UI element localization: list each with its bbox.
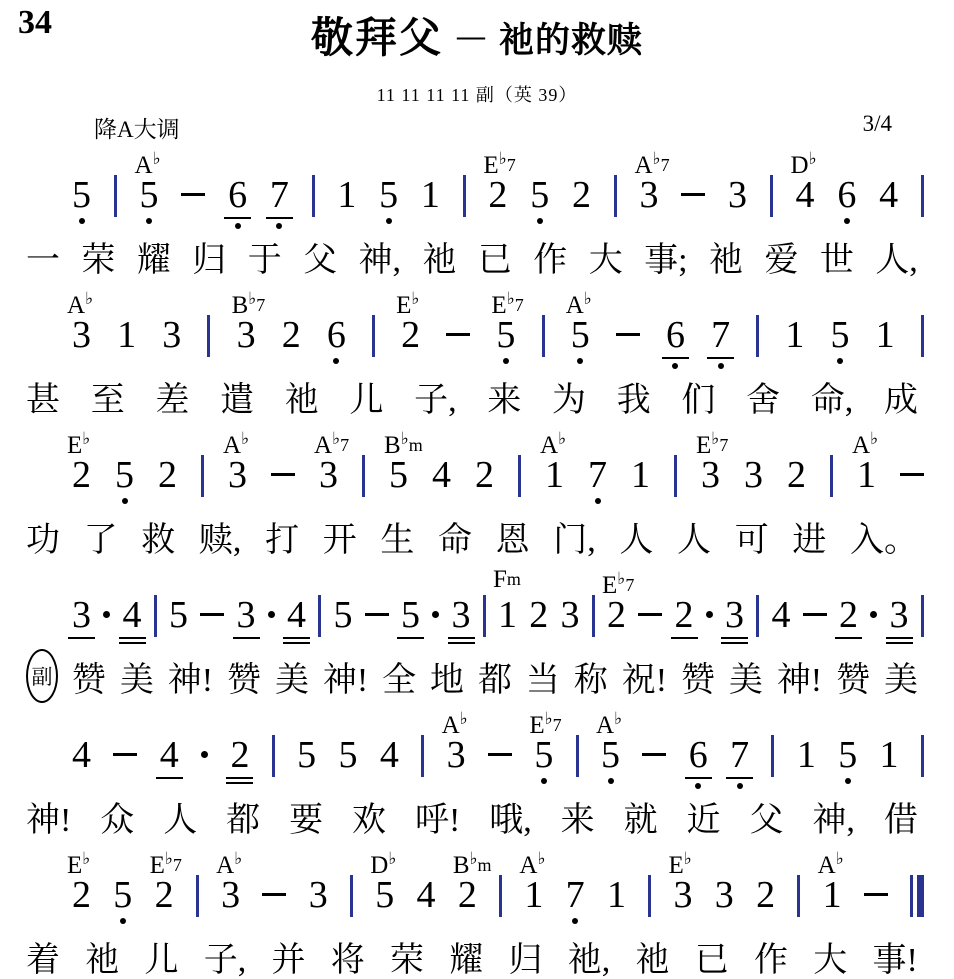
note: 1 <box>631 456 650 510</box>
underline <box>266 217 293 220</box>
note-annotations <box>787 494 806 510</box>
note-digit: 1 <box>785 316 804 354</box>
lyric-line-2: 甚至差遣祂儿子,来为我们舍命,成 <box>0 370 954 424</box>
note: 3 <box>561 596 580 650</box>
lyric-syllable: 归 <box>192 232 226 281</box>
chord-symbol: A♭ <box>596 706 622 739</box>
note-annotations <box>237 634 256 650</box>
low-octave-dot <box>608 778 614 784</box>
note: 1 <box>880 736 899 790</box>
note-annotations <box>221 914 240 930</box>
duration-dash <box>488 753 512 756</box>
barline <box>499 875 502 917</box>
title-dash: — <box>457 21 485 52</box>
lyric-syllable: 赞 <box>681 652 715 701</box>
flat-sign: ♭ <box>684 849 692 868</box>
chord-symbol: A♭ <box>135 146 161 179</box>
note-digit: 1 <box>607 876 626 914</box>
note: 2 <box>230 736 249 790</box>
duration-dash <box>900 473 924 476</box>
duration-dash <box>262 893 286 896</box>
note-annotations <box>838 774 857 790</box>
note: 2 <box>529 596 548 650</box>
note: A♭3 <box>221 876 240 930</box>
note: 1 <box>876 316 895 370</box>
hymn-number: 34 <box>18 4 52 42</box>
lyric-syllable: 命, <box>811 372 854 421</box>
note-digit: 4 <box>123 596 142 634</box>
chord-suffix: 7 <box>661 155 670 175</box>
note-digit: 7 <box>730 736 749 774</box>
chord-suffix: m <box>507 569 521 589</box>
lyric-syllable: 人 <box>619 512 653 561</box>
note-annotations <box>689 774 708 790</box>
note-annotations <box>880 774 899 790</box>
note-digit: 3 <box>319 456 338 494</box>
lyric-syllable: 赞 <box>227 652 261 701</box>
note: 2 <box>787 456 806 510</box>
note-digit: 2 <box>401 316 420 354</box>
note: E♭2 <box>72 456 91 510</box>
lyric-syllable: 门, <box>553 512 596 561</box>
lyric-syllable: 要 <box>289 792 323 841</box>
barline <box>830 455 833 497</box>
chord-symbol: A♭ <box>540 426 566 459</box>
lyric-syllable: 成 <box>884 372 918 421</box>
note: 3 <box>725 596 744 650</box>
low-octave-dot <box>844 218 850 224</box>
underline <box>671 637 698 640</box>
note-digit: 3 <box>744 456 763 494</box>
note-annotations <box>534 774 553 790</box>
music-line-4: 34534553Fm123E♭7223423 <box>0 564 954 650</box>
lyric-syllable: 来 <box>487 372 521 421</box>
note-digit: 7 <box>588 456 607 494</box>
note-annotations <box>158 494 177 510</box>
note: E♭72 <box>155 876 174 930</box>
duration-dash <box>616 333 640 336</box>
low-octave-dot <box>595 498 601 504</box>
note-digit: 2 <box>230 736 249 774</box>
lyric-syllable: 救 <box>141 512 175 561</box>
note-annotations <box>162 354 181 370</box>
key-signature: 降A大调 <box>94 111 180 144</box>
chord-symbol: E♭ <box>396 286 419 319</box>
note: 7 <box>566 876 585 930</box>
note: 7 <box>730 736 749 790</box>
barline <box>542 315 545 357</box>
low-octave-dot <box>120 918 126 924</box>
note-digit: 4 <box>772 596 791 634</box>
note-annotations <box>498 634 517 650</box>
duration-dash <box>113 753 137 756</box>
note-digit: 5 <box>72 176 91 214</box>
chord-suffix: m <box>478 855 492 875</box>
music-line-3: E♭252A♭3A♭73B♭m542A♭171E♭7332A♭1 <box>0 424 954 510</box>
note-annotations <box>458 914 477 930</box>
note-digit: 2 <box>787 456 806 494</box>
lyric-syllable: 哦, <box>489 792 532 841</box>
note-digit: 2 <box>72 876 91 914</box>
lyric-syllable: 于 <box>248 232 282 281</box>
note: 3 <box>309 876 328 930</box>
barline <box>770 175 773 217</box>
note: 4 <box>879 176 898 230</box>
note-digit: 2 <box>529 596 548 634</box>
barline <box>201 455 204 497</box>
note-digit: 2 <box>72 456 91 494</box>
barline <box>614 175 617 217</box>
note: 3 <box>452 596 471 650</box>
lyric-syllable: 子, <box>414 372 457 421</box>
note-annotations <box>639 214 658 230</box>
note: Fm1 <box>498 596 517 650</box>
lyric-syllable: 全 <box>382 652 416 701</box>
note-digit: 1 <box>880 736 899 774</box>
chord-suffix: 7 <box>340 435 349 455</box>
augmentation-dot <box>706 611 713 618</box>
duration-dash <box>642 753 666 756</box>
note-annotations <box>475 494 494 510</box>
barline <box>921 735 924 777</box>
note: D♭5 <box>375 876 394 930</box>
flat-sign: ♭ <box>401 429 409 448</box>
note-annotations <box>496 354 515 370</box>
lyric-syllable: 入。 <box>850 512 918 561</box>
note: 4 <box>72 736 91 790</box>
time-signature: 3/4 <box>863 111 892 144</box>
note-digit: 3 <box>890 596 909 634</box>
note-digit: 2 <box>158 456 177 494</box>
flat-sign: ♭ <box>82 849 90 868</box>
note-annotations <box>744 494 763 510</box>
low-octave-dot <box>672 363 678 369</box>
lyric-syllable: 可 <box>735 512 769 561</box>
note-digit: 1 <box>421 176 440 214</box>
note-digit: 5 <box>375 876 394 914</box>
lyric-syllable: 神! <box>168 652 213 701</box>
low-octave-dot <box>845 778 851 784</box>
note-digit: 5 <box>297 736 316 774</box>
lyric-syllable: 儿 <box>349 372 383 421</box>
note-digit: 3 <box>309 876 328 914</box>
note-annotations <box>831 354 850 370</box>
note-digit: 5 <box>838 736 857 774</box>
note: 5 <box>334 596 353 650</box>
barline <box>518 455 521 497</box>
title-subtitle: 祂的救赎 <box>499 21 643 60</box>
low-octave-dot <box>572 918 578 924</box>
note: 1 <box>421 176 440 230</box>
flat-sign: ♭ <box>332 429 340 448</box>
note: 5 <box>113 876 132 930</box>
note-digit: 1 <box>631 456 650 494</box>
lyric-syllable: 称 <box>574 652 608 701</box>
note: E♭75 <box>534 736 553 790</box>
note: A♭1 <box>823 876 842 930</box>
score: 5A♭567151E♭7252A♭733D♭464 一荣耀归于父神,祂已作大事;… <box>0 144 954 979</box>
note-digit: 4 <box>432 456 451 494</box>
low-octave-dot <box>503 358 509 364</box>
note: 3 <box>72 596 91 650</box>
note: 1 <box>607 876 626 930</box>
note-digit: 5 <box>339 736 358 774</box>
chord-symbol: A♭ <box>852 426 878 459</box>
flat-sign: ♭ <box>82 429 90 448</box>
key-time-row: 降A大调 3/4 <box>0 107 954 144</box>
note: 2 <box>475 456 494 510</box>
low-octave-dot <box>146 218 152 224</box>
note: 3 <box>162 316 181 370</box>
barline <box>362 455 365 497</box>
lyric-syllable: 归 <box>509 932 543 979</box>
chord-suffix: 7 <box>553 715 562 735</box>
note-annotations <box>772 634 791 650</box>
duration-dash <box>365 613 389 616</box>
note: 5 <box>339 736 358 790</box>
note-digit: 5 <box>831 316 850 354</box>
lyric-syllable: 祝! <box>622 652 667 701</box>
note-annotations <box>730 774 749 790</box>
lyric-syllable: 人 <box>677 512 711 561</box>
note: A♭3 <box>228 456 247 510</box>
flat-sign: ♭ <box>584 289 592 308</box>
lyric-line-4: 副赞美神!赞美神!全地都当称祝!赞美神!赞美 <box>0 650 954 704</box>
note: A♭1 <box>857 456 876 510</box>
lyric-line-6: 着祂儿子,并将荣耀归祂,祂已作大事! <box>0 930 954 979</box>
chord-symbol: E♭7 <box>602 566 634 599</box>
note-annotations <box>72 494 91 510</box>
note-digit: 3 <box>72 596 91 634</box>
chorus-marker: 副 <box>26 649 58 703</box>
note: 2 <box>756 876 775 930</box>
note-digit: 5 <box>571 316 590 354</box>
lyric-syllable: 子, <box>204 932 247 979</box>
lyric-syllable: 甚 <box>26 372 60 421</box>
chord-symbol: A♭ <box>818 846 844 879</box>
note: 5 <box>379 176 398 230</box>
note-digit: 1 <box>823 876 842 914</box>
note-annotations <box>327 354 346 370</box>
underline <box>707 357 734 360</box>
note-digit: 2 <box>607 596 626 634</box>
barline <box>576 735 579 777</box>
note: 6 <box>666 316 685 370</box>
underline <box>283 642 310 645</box>
lyric-syllable: 祂 <box>285 372 319 421</box>
lyric-syllable: 遣 <box>220 372 254 421</box>
note-digit: 7 <box>270 176 289 214</box>
lyric-syllable: 地 <box>430 652 464 701</box>
barline <box>797 875 800 917</box>
lyric-syllable: 大 <box>589 232 623 281</box>
note: 3 <box>890 596 909 650</box>
lyric-syllable: 了 <box>84 512 118 561</box>
note-digit: 6 <box>327 316 346 354</box>
note: 1 <box>797 736 816 790</box>
lyric-syllable: 神! <box>323 652 368 701</box>
note-annotations <box>282 354 301 370</box>
note-digit: 2 <box>675 596 694 634</box>
note-digit: 7 <box>711 316 730 354</box>
underline <box>226 777 253 780</box>
lyric-syllable: 并 <box>272 932 306 979</box>
chord-symbol: E♭ <box>67 426 90 459</box>
lyric-syllable: 祂 <box>709 232 743 281</box>
low-octave-dot <box>386 218 392 224</box>
barline <box>592 595 595 637</box>
note: 3 <box>728 176 747 230</box>
note-digit: 2 <box>282 316 301 354</box>
flat-sign: ♭ <box>499 149 507 168</box>
note-digit: 5 <box>115 456 134 494</box>
underline <box>283 637 310 640</box>
chord-symbol: B♭m <box>453 846 492 879</box>
chord-symbol: A♭ <box>216 846 242 879</box>
underline <box>226 782 253 785</box>
note: A♭73 <box>639 176 658 230</box>
lyric-syllable: 赞 <box>836 652 870 701</box>
barline <box>756 595 759 637</box>
lyric-syllable: 人 <box>163 792 197 841</box>
note: 4 <box>380 736 399 790</box>
note-annotations <box>796 214 815 230</box>
note-annotations <box>797 774 816 790</box>
underline <box>662 357 689 360</box>
chord-symbol: E♭ <box>67 846 90 879</box>
note-annotations <box>607 634 626 650</box>
lyric-syllable: 我 <box>617 372 651 421</box>
note-digit: 4 <box>879 176 898 214</box>
lyric-syllable: 美 <box>275 652 309 701</box>
underline <box>156 777 183 780</box>
note-annotations <box>711 354 730 370</box>
note-annotations <box>675 634 694 650</box>
lyric-syllable: 神! <box>777 652 822 701</box>
note-digit: 3 <box>561 596 580 634</box>
note-annotations <box>572 214 591 230</box>
barline <box>114 175 117 217</box>
underline <box>685 777 712 780</box>
lyric-syllable: 祂 <box>422 232 456 281</box>
note: 7 <box>588 456 607 510</box>
hymn-title: 敬拜父 — 祂的救赎 <box>0 0 954 73</box>
note-annotations <box>674 914 693 930</box>
note: 7 <box>711 316 730 370</box>
note-digit: 3 <box>72 316 91 354</box>
chord-suffix: 7 <box>515 295 524 315</box>
note-annotations <box>339 774 358 790</box>
note: 2 <box>158 456 177 510</box>
chord-symbol: E♭7 <box>696 426 728 459</box>
note: 2 <box>839 596 858 650</box>
note-digit: 5 <box>334 596 353 634</box>
note-digit: 5 <box>169 596 188 634</box>
note-digit: 3 <box>228 456 247 494</box>
note-annotations <box>160 774 179 790</box>
note-annotations <box>725 634 744 650</box>
note: 5 <box>169 596 188 650</box>
duration-dash <box>446 333 470 336</box>
note-annotations <box>715 914 734 930</box>
note-annotations <box>334 634 353 650</box>
note-annotations <box>117 354 136 370</box>
note-annotations <box>837 214 856 230</box>
note: E♭72 <box>607 596 626 650</box>
underline <box>726 777 753 780</box>
note: B♭m5 <box>389 456 408 510</box>
note-annotations <box>115 494 134 510</box>
note-digit: 3 <box>221 876 240 914</box>
lyric-syllable: 祂, <box>568 932 611 979</box>
barline <box>196 875 199 917</box>
lyric-syllable: 儿 <box>145 932 179 979</box>
note-annotations <box>876 354 895 370</box>
barline <box>921 175 924 217</box>
underline <box>886 637 913 640</box>
note-digit: 1 <box>545 456 564 494</box>
barline <box>421 735 424 777</box>
lyric-syllable: 生 <box>380 512 414 561</box>
meter-line: 11 11 11 11 副（英 39） <box>0 81 954 107</box>
lyric-syllable: 借 <box>884 792 918 841</box>
lyric-syllable: 当 <box>526 652 560 701</box>
note: 3 <box>237 596 256 650</box>
note-digit: 3 <box>447 736 466 774</box>
note: A♭1 <box>524 876 543 930</box>
note-annotations <box>155 914 174 930</box>
note-digit: 6 <box>228 176 247 214</box>
note: 4 <box>417 876 436 930</box>
chord-symbol: E♭7 <box>483 146 515 179</box>
lyric-syllable: 作 <box>533 232 567 281</box>
lyric-syllable: 欢 <box>352 792 386 841</box>
lyric-syllable: 祂 <box>636 932 670 979</box>
note-annotations <box>607 914 626 930</box>
note-digit: 2 <box>488 176 507 214</box>
duration-dash <box>200 613 224 616</box>
barline <box>272 735 275 777</box>
chord-symbol: A♭ <box>67 286 93 319</box>
note-digit: 5 <box>530 176 549 214</box>
note-annotations <box>319 494 338 510</box>
duration-dash <box>638 613 662 616</box>
note: A♭3 <box>447 736 466 790</box>
chord-suffix: 7 <box>719 435 728 455</box>
note: 3 <box>744 456 763 510</box>
note-annotations <box>452 634 471 650</box>
music-line-5: 442554A♭3E♭75A♭567151 <box>0 704 954 790</box>
note: 6 <box>689 736 708 790</box>
underline <box>224 217 251 220</box>
note: A♭3 <box>72 316 91 370</box>
note-digit: 2 <box>458 876 477 914</box>
flat-sign: ♭ <box>537 849 545 868</box>
low-octave-dot <box>122 498 128 504</box>
low-octave-dot <box>695 783 701 789</box>
note-digit: 3 <box>701 456 720 494</box>
lyric-syllable: 已 <box>695 932 729 979</box>
note-digit: 2 <box>756 876 775 914</box>
note: 1 <box>337 176 356 230</box>
note-digit: 5 <box>496 316 515 354</box>
note: 5 <box>297 736 316 790</box>
low-octave-dot <box>333 358 339 364</box>
note-annotations <box>530 214 549 230</box>
chord-suffix: 7 <box>173 855 182 875</box>
lyric-syllable: 荣 <box>390 932 424 979</box>
augmentation-dot <box>268 611 275 618</box>
